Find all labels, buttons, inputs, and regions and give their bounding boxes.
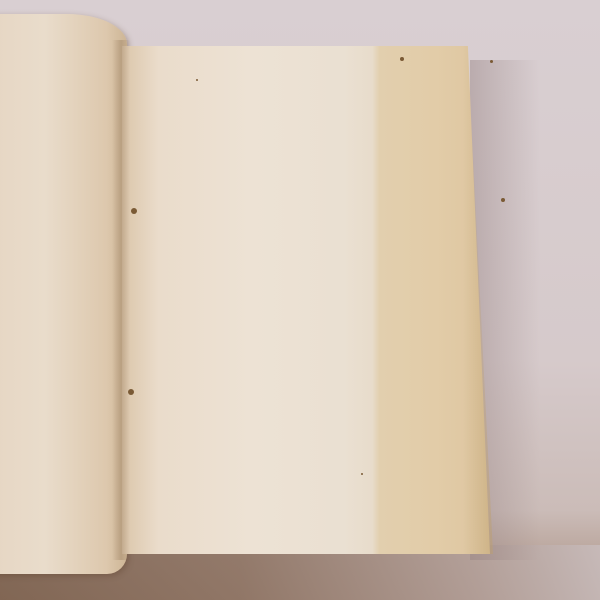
foxing-spot — [196, 79, 198, 81]
foxing-spot — [501, 198, 505, 202]
foxing-spot — [490, 60, 493, 63]
foxing-spot — [361, 473, 363, 475]
right-page — [122, 46, 490, 554]
foxing-spot — [400, 57, 404, 61]
left-page — [0, 14, 127, 574]
foxing-spot — [131, 208, 137, 214]
photo-scene — [0, 0, 600, 600]
book-gutter — [112, 40, 130, 560]
foxing-spot — [128, 389, 134, 395]
